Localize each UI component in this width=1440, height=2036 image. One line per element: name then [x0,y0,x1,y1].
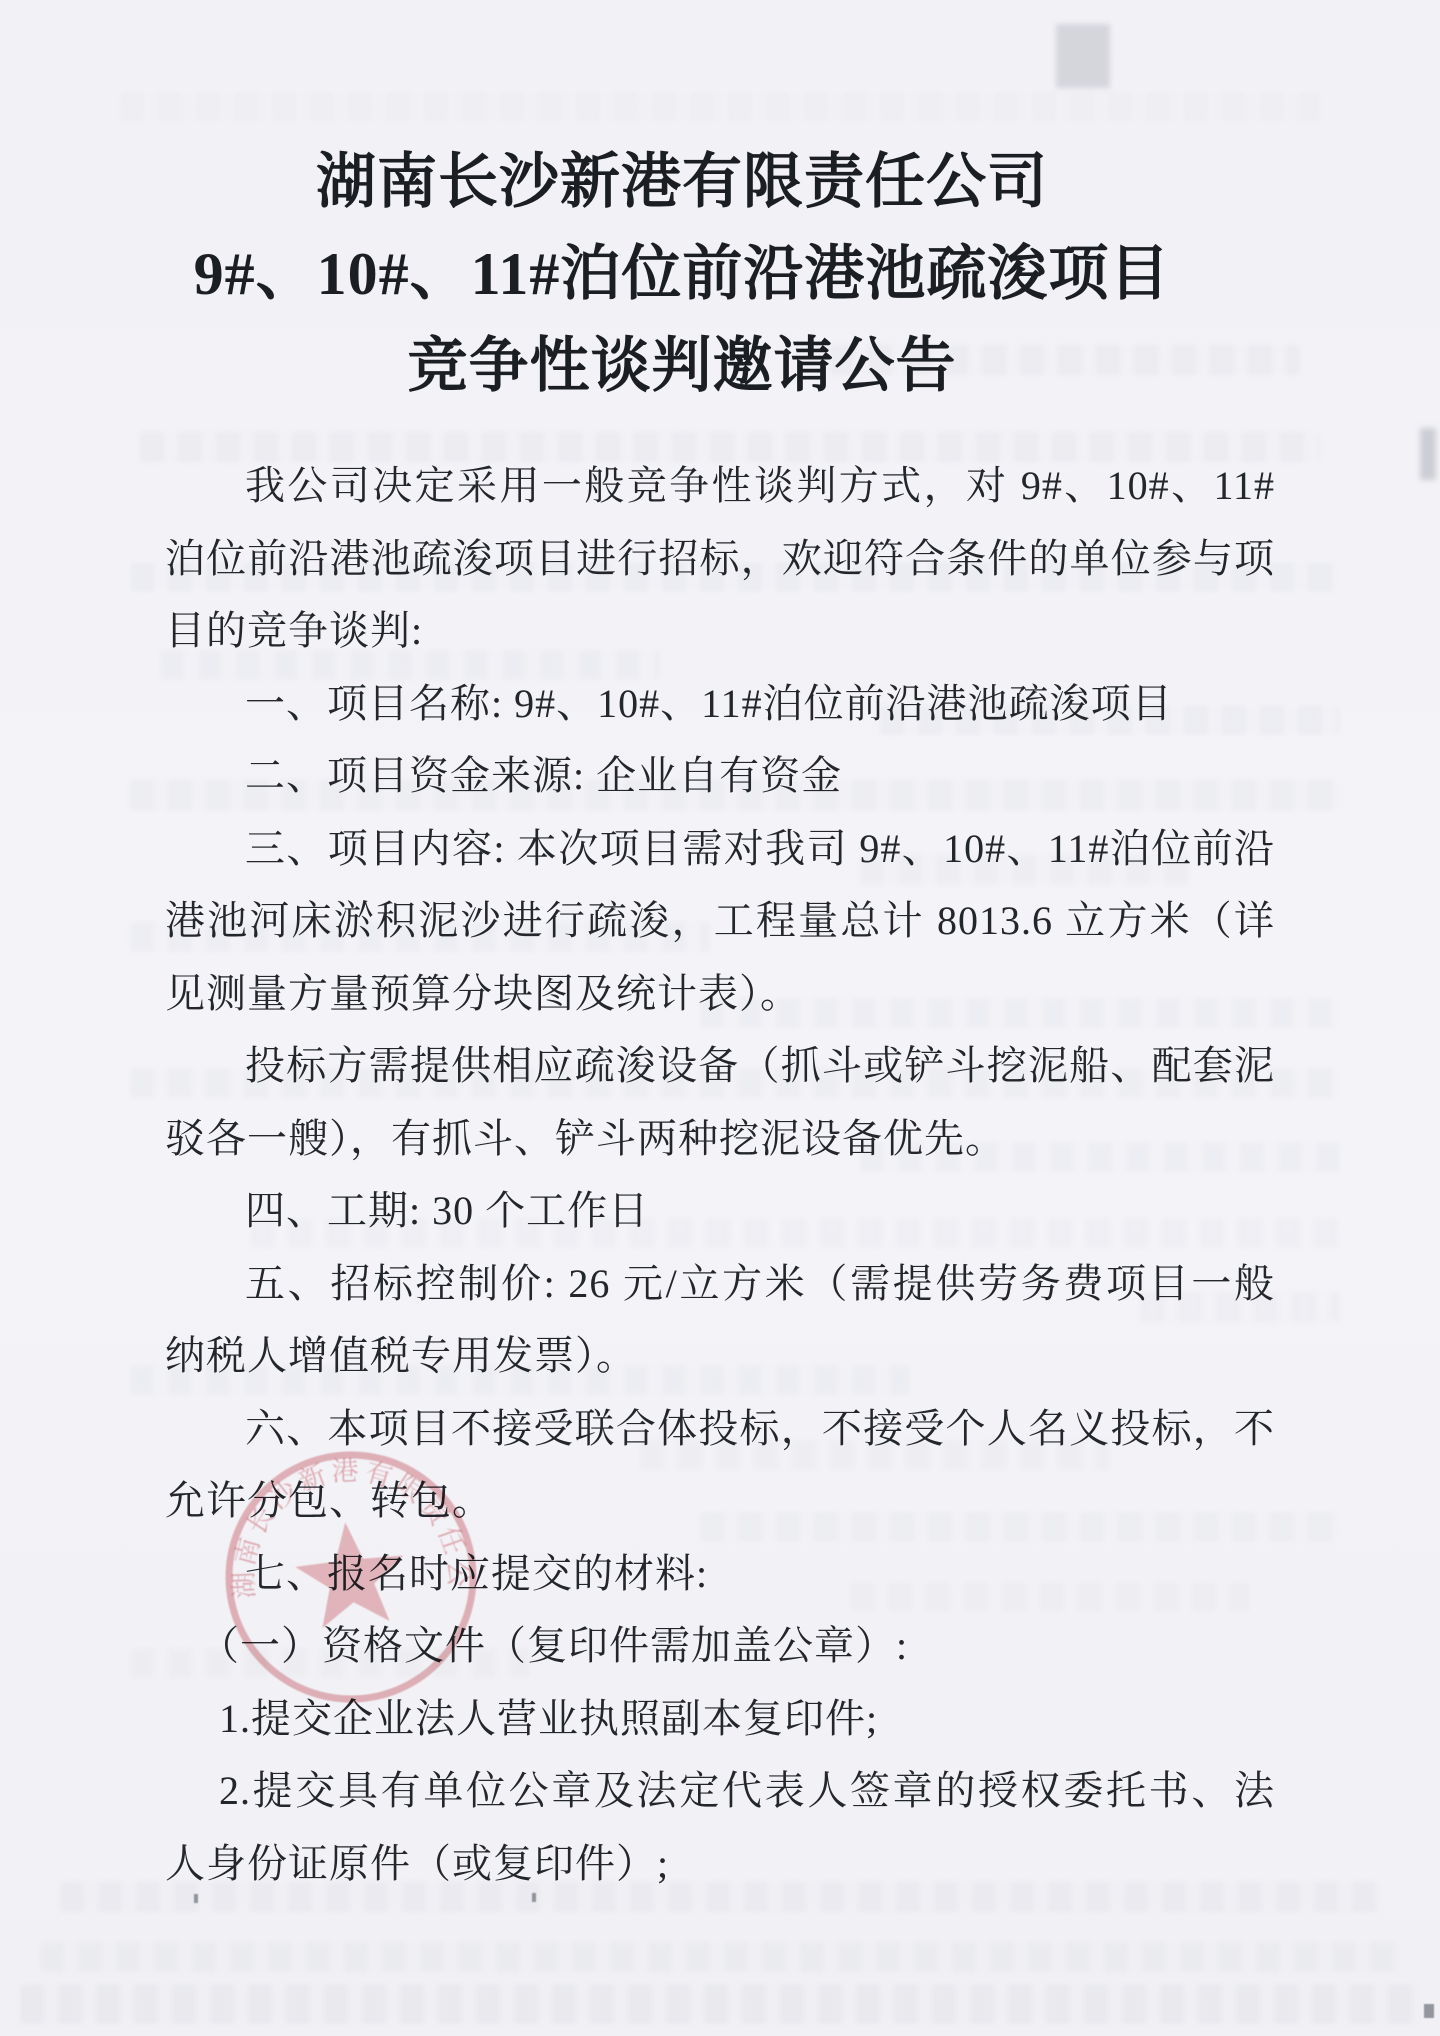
body-line: 三、项目内容: 本次项目需对我司 9#、10#、11#泊位前沿 [165,813,1275,886]
body-line: 六、本项目不接受联合体投标，不接受个人名义投标，不 [165,1393,1275,1466]
body-line: 我公司决定采用一般竞争性谈判方式，对 9#、10#、11# [165,450,1275,523]
body-line: 一、项目名称: 9#、10#、11#泊位前沿港池疏浚项目 [165,668,1275,741]
document-title: 湖南长沙新港有限责任公司 9#、10#、11#泊位前沿港池疏浚项目 竞争性谈判邀… [127,136,1237,412]
title-line-project: 9#、10#、11#泊位前沿港池疏浚项目 [127,228,1237,320]
document-page: 湖南长沙新港有限责任公司 9#、10#、11#泊位前沿港池疏浚项目 竞争性谈判邀… [0,0,1440,2036]
body-line: 七、报名时应提交的材料: [165,1538,1275,1611]
scan-speck [1424,2004,1434,2018]
body-line: 允许分包、转包。 [165,1465,1275,1538]
body-line: 1.提交企业法人营业执照副本复印件; [165,1683,1275,1756]
body-line: 四、工期: 30 个工作日 [165,1175,1275,1248]
body-line: 2.提交具有单位公章及法定代表人签章的授权委托书、法 [165,1755,1275,1828]
body-line: 五、招标控制价: 26 元/立方米（需提供劳务费项目一般 [165,1248,1275,1321]
body-line: 二、项目资金来源: 企业自有资金 [165,740,1275,813]
scan-noise-band [120,92,1320,122]
scan-smudge [1420,428,1436,480]
body-line: 纳税人增值税专用发票）。 [165,1320,1275,1393]
scan-noise-band [40,1942,1400,1972]
body-line: 投标方需提供相应疏浚设备（抓斗或铲斗挖泥船、配套泥 [165,1030,1275,1103]
document-body: 我公司决定采用一般竞争性谈判方式，对 9#、10#、11# 泊位前沿港池疏浚项目… [165,450,1275,1900]
title-line-announcement: 竞争性谈判邀请公告 [127,320,1237,412]
title-line-company: 湖南长沙新港有限责任公司 [127,136,1237,228]
body-line: 目的竞争谈判: [165,595,1275,668]
scan-noise-band [20,1984,1420,2024]
body-line: 驳各一艘），有抓斗、铲斗两种挖泥设备优先。 [165,1103,1275,1176]
body-line: 见测量方量预算分块图及统计表）。 [165,958,1275,1031]
body-line: 港池河床淤积泥沙进行疏浚，工程量总计 8013.6 立方米（详 [165,885,1275,958]
scan-smudge [1056,24,1110,88]
body-line: （一）资格文件（复印件需加盖公章）: [165,1610,1275,1683]
body-line: 人身份证原件（或复印件）; [165,1828,1275,1901]
body-line: 泊位前沿港池疏浚项目进行招标，欢迎符合条件的单位参与项 [165,523,1275,596]
